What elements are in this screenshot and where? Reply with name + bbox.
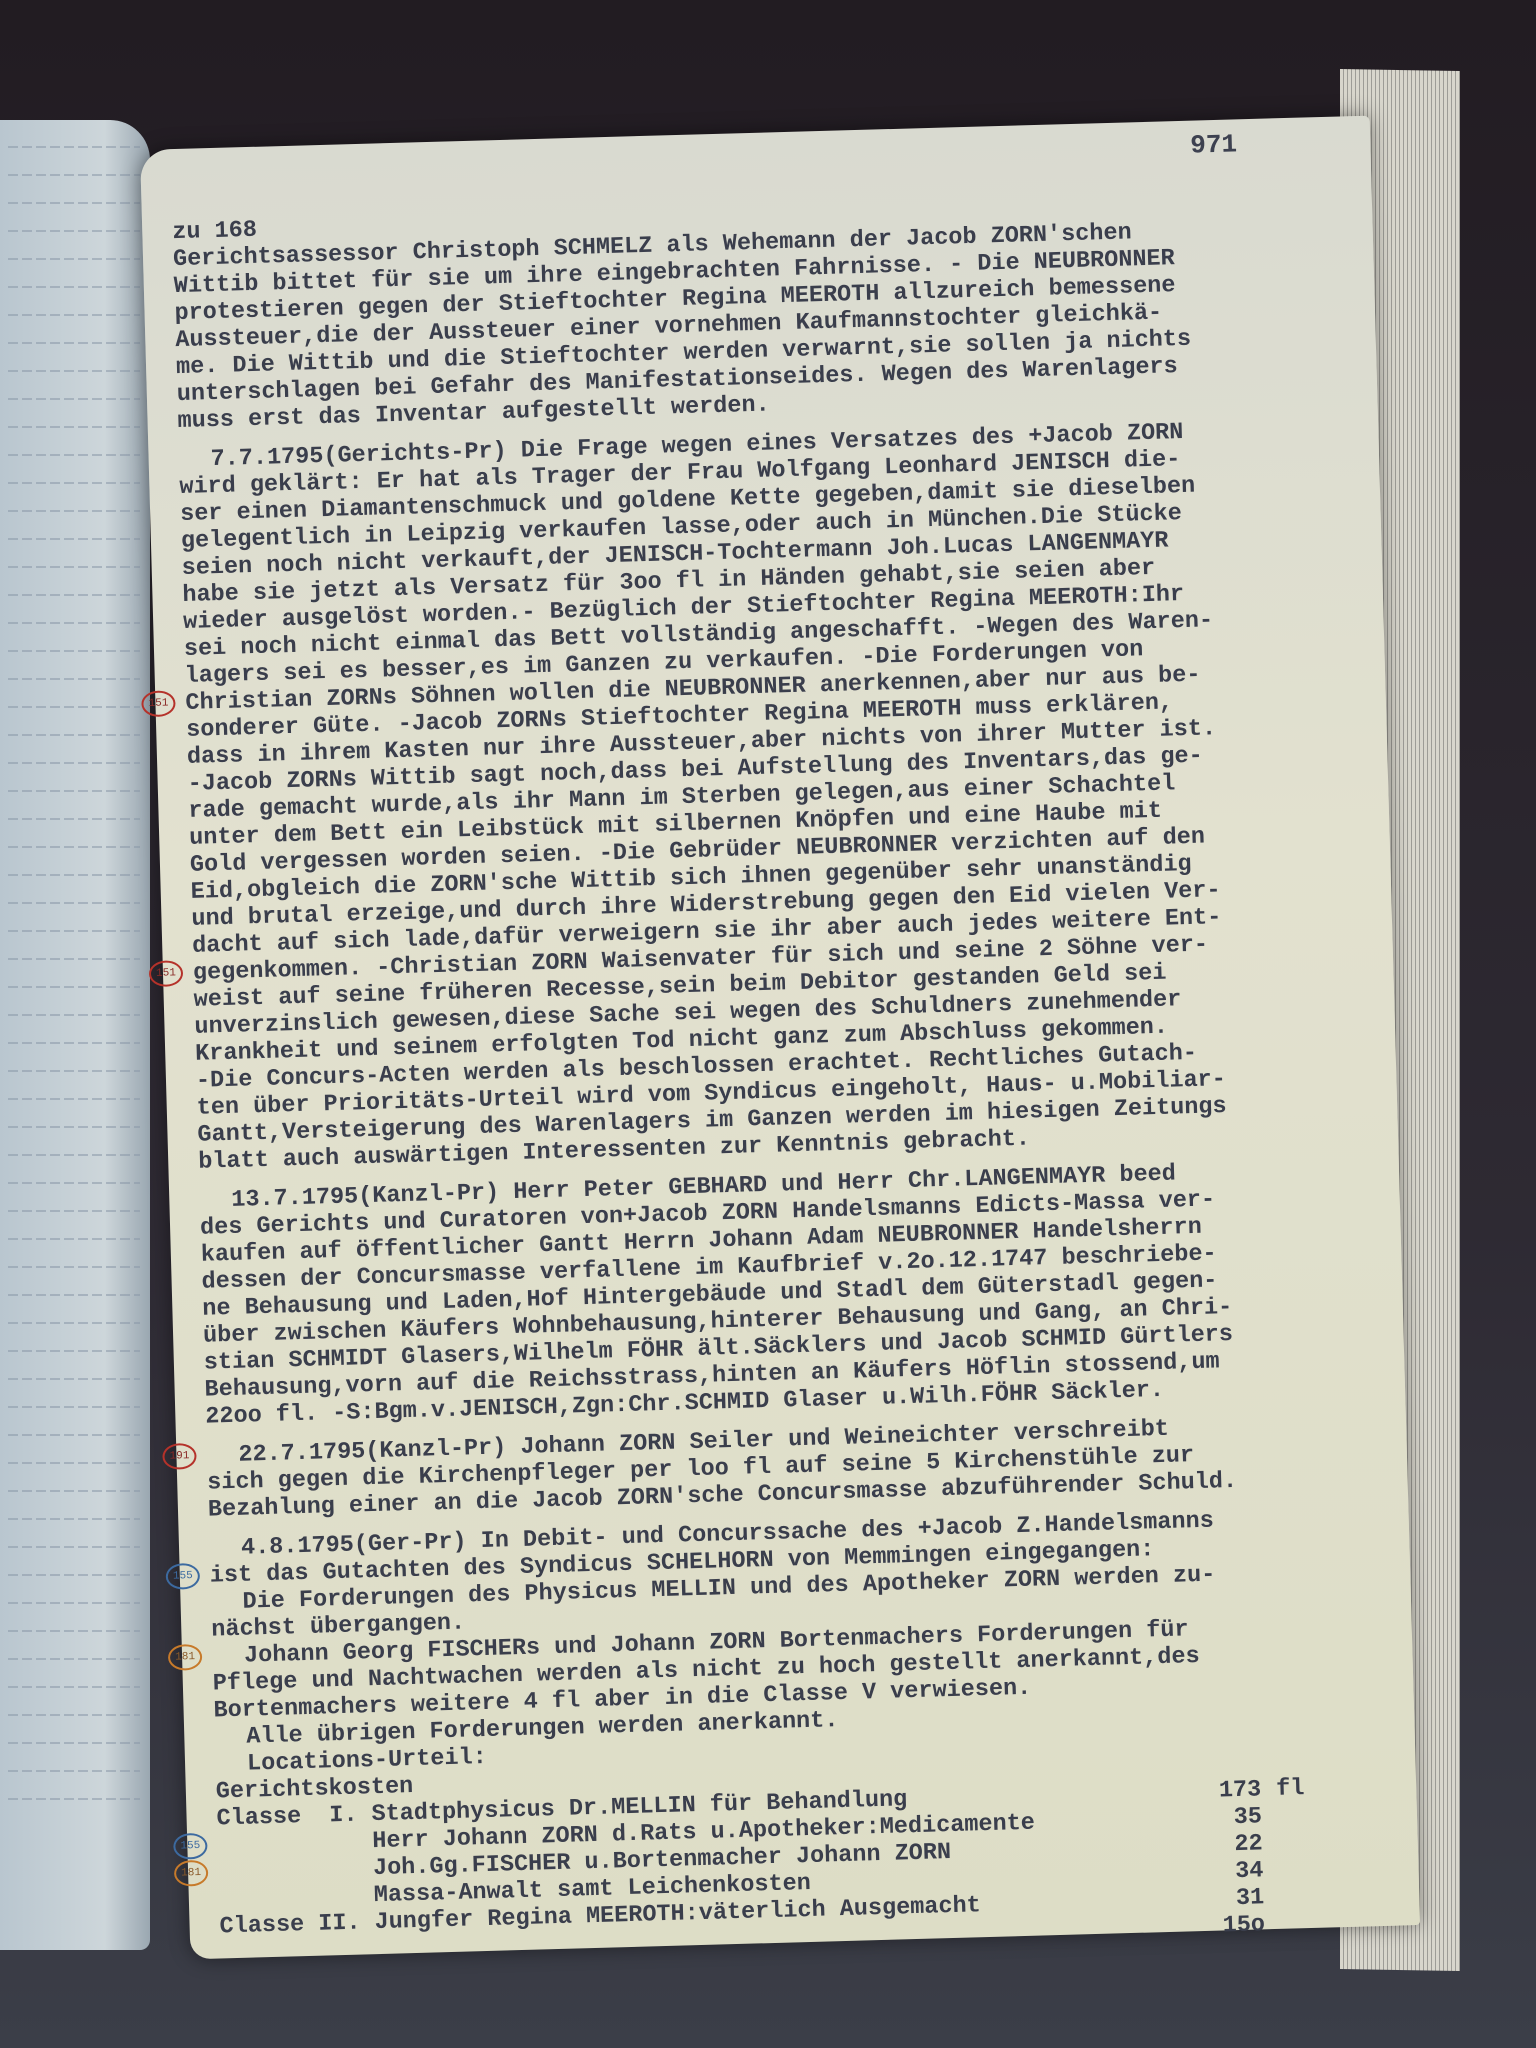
ghost-text-line	[8, 1154, 140, 1156]
ghost-text-line	[8, 286, 140, 288]
ghost-text-line	[8, 566, 140, 568]
ghost-text-line	[8, 1742, 140, 1744]
amount: 34	[1173, 1857, 1264, 1887]
margin-annotation-circle: 151	[141, 690, 176, 717]
ghost-text-line	[8, 1266, 140, 1268]
ghost-text-line	[8, 1294, 140, 1296]
ghost-text-line	[8, 594, 140, 596]
ghost-text-line	[8, 1238, 140, 1240]
margin-annotation-circle: 181	[168, 1644, 203, 1671]
ghost-text-line	[8, 1658, 140, 1660]
ghost-text-line	[8, 1210, 140, 1212]
ghost-text-line	[8, 1126, 140, 1128]
class-label: Classe I.	[216, 1802, 358, 1833]
amount: 35	[1172, 1803, 1263, 1833]
ghost-text-line	[8, 706, 140, 708]
ghost-text-line	[8, 370, 140, 372]
ghost-text-line	[8, 1546, 140, 1548]
ghost-text-line	[8, 650, 140, 652]
ghost-text-line	[8, 230, 140, 232]
ghost-text-line	[8, 1350, 140, 1352]
amount: 15o	[1175, 1911, 1266, 1941]
ghost-text-line	[8, 538, 140, 540]
ghost-text-line	[8, 482, 140, 484]
ghost-text-line	[8, 846, 140, 848]
ghost-text-line	[8, 1042, 140, 1044]
ghost-text-line	[8, 1798, 140, 1800]
page-number: 971	[1190, 129, 1238, 160]
ghost-text-line	[8, 146, 140, 148]
ghost-text-line	[8, 678, 140, 680]
ghost-text-line	[8, 1378, 140, 1380]
ghost-text-line	[8, 174, 140, 176]
ghost-text-line	[8, 258, 140, 260]
ghost-text-line	[8, 902, 140, 904]
currency-unit: fl	[1276, 1775, 1305, 1803]
ghost-text-line	[8, 1406, 140, 1408]
ghost-text-line	[8, 790, 140, 792]
ghost-text-line	[8, 1574, 140, 1576]
ghost-text-line	[8, 1630, 140, 1632]
ghost-text-line	[8, 874, 140, 876]
amount: 173	[1171, 1776, 1262, 1806]
ghost-text-line	[8, 202, 140, 204]
ghost-text-line	[8, 510, 140, 512]
ghost-text-line	[8, 958, 140, 960]
margin-annotation-circle: 191	[162, 1443, 197, 1470]
amount: 22	[1172, 1830, 1263, 1860]
ghost-text-line	[8, 1490, 140, 1492]
document-page: 971 zu 168Gerichtsassessor Christoph SCH…	[140, 116, 1420, 1960]
ghost-text-line	[8, 986, 140, 988]
ghost-text-line	[8, 930, 140, 932]
ghost-text-line	[8, 1098, 140, 1100]
ghost-text-line	[8, 314, 140, 316]
ghost-text-line	[8, 1770, 140, 1772]
ghost-text-line	[8, 1434, 140, 1436]
typed-text-body: zu 168Gerichtsassessor Christoph SCHMELZ…	[172, 188, 1350, 1968]
ghost-text-line	[8, 622, 140, 624]
ghost-text-line	[8, 398, 140, 400]
ghost-text-line	[8, 1686, 140, 1688]
margin-annotation-circle: 155	[173, 1833, 208, 1860]
ghost-text-line	[8, 1182, 140, 1184]
ghost-text-line	[8, 1518, 140, 1520]
margin-annotation-circle: 155	[165, 1563, 200, 1590]
ghost-text-line	[8, 818, 140, 820]
ghost-text-line	[8, 1070, 140, 1072]
class-label: Classe II.	[219, 1910, 361, 1941]
ghost-text-line	[8, 1602, 140, 1604]
amount: 31	[1174, 1884, 1265, 1914]
ghost-text-line	[8, 426, 140, 428]
ghost-text-line	[8, 762, 140, 764]
ghost-text-line	[8, 342, 140, 344]
ghost-text-line	[8, 1322, 140, 1324]
ghost-text-line	[8, 734, 140, 736]
left-facing-page	[0, 120, 150, 1950]
ghost-text-line	[8, 1714, 140, 1716]
margin-annotation-circle: 181	[174, 1860, 209, 1887]
margin-annotation-circle: 151	[149, 960, 184, 987]
ghost-text-line	[8, 1462, 140, 1464]
ghost-text-line	[8, 1014, 140, 1016]
ghost-text-line	[8, 454, 140, 456]
